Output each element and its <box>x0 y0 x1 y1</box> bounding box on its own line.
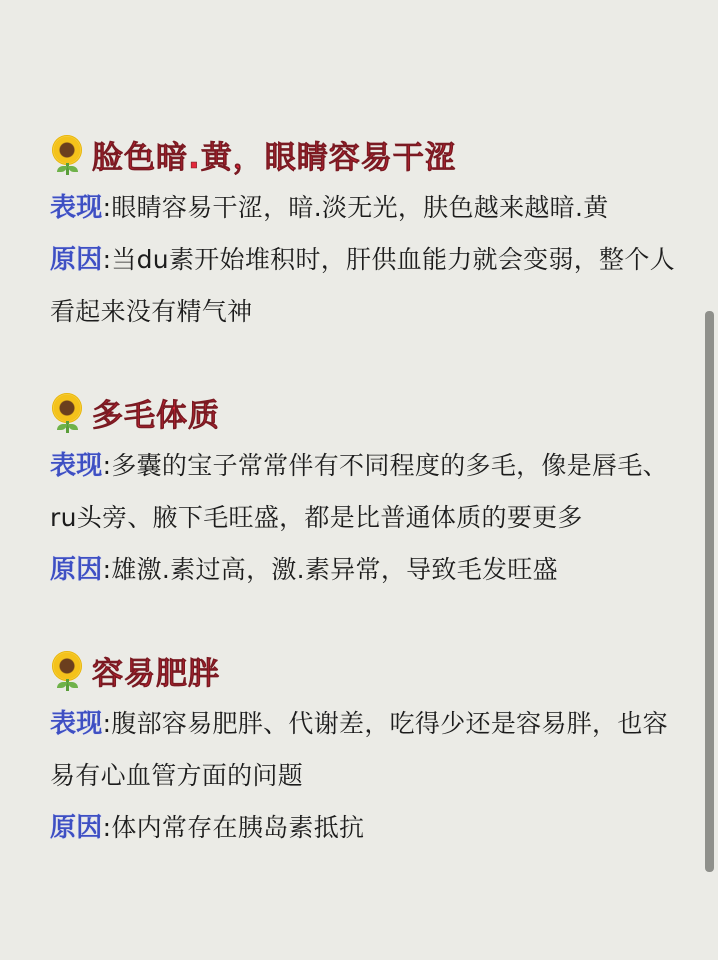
section-weight-gain: 容易肥胖 表现:腹部容易肥胖、代谢差，吃得少还是容易胖，也容易有心血管方面的问题… <box>50 644 675 854</box>
symptom-text: :多囊的宝子常常伴有不同程度的多毛，像是唇毛、ru头旁、腋下毛旺盛，都是比普通体… <box>50 451 668 532</box>
cause-paragraph: 原因:体内常存在胰岛素抵抗 <box>50 802 675 854</box>
symptom-text: :眼睛容易干涩，暗.淡无光，肤色越来越暗.黄 <box>103 193 609 222</box>
cause-text: :体内常存在胰岛素抵抗 <box>103 813 365 842</box>
symptom-paragraph: 表现:腹部容易肥胖、代谢差，吃得少还是容易胖，也容易有心血管方面的问题 <box>50 698 675 802</box>
symptom-text: :腹部容易肥胖、代谢差，吃得少还是容易胖，也容易有心血管方面的问题 <box>50 709 668 790</box>
sunflower-icon <box>50 649 84 691</box>
vertical-scrollbar[interactable] <box>705 311 714 872</box>
section-hirsutism: 多毛体质 表现:多囊的宝子常常伴有不同程度的多毛，像是唇毛、ru头旁、腋下毛旺盛… <box>50 386 675 596</box>
scrollbar-thumb[interactable] <box>705 311 714 872</box>
section-title: 容易肥胖 <box>50 644 675 696</box>
section-dull-complexion: 脸色暗.黄，眼睛容易干涩 表现:眼睛容易干涩，暗.淡无光，肤色越来越暗.黄 原因… <box>50 128 675 338</box>
cause-label: 原因 <box>50 245 103 275</box>
symptom-paragraph: 表现:多囊的宝子常常伴有不同程度的多毛，像是唇毛、ru头旁、腋下毛旺盛，都是比普… <box>50 440 675 544</box>
symptom-label: 表现 <box>50 709 103 739</box>
cause-paragraph: 原因:当du素开始堆积时，肝供血能力就会变弱，整个人看起来没有精气神 <box>50 234 675 338</box>
cause-label: 原因 <box>50 555 103 585</box>
section-heading: 多毛体质 <box>92 390 220 435</box>
section-title: 脸色暗.黄，眼睛容易干涩 <box>50 128 675 180</box>
cause-paragraph: 原因:雄激.素过高，激.素异常，导致毛发旺盛 <box>50 544 675 596</box>
section-title: 多毛体质 <box>50 386 675 438</box>
cause-text: :雄激.素过高，激.素异常，导致毛发旺盛 <box>103 555 558 584</box>
symptom-paragraph: 表现:眼睛容易干涩，暗.淡无光，肤色越来越暗.黄 <box>50 182 675 234</box>
symptom-label: 表现 <box>50 193 103 223</box>
cause-text: :当du素开始堆积时，肝供血能力就会变弱，整个人看起来没有精气神 <box>50 245 675 326</box>
section-heading: 容易肥胖 <box>92 648 220 693</box>
sunflower-icon <box>50 133 84 175</box>
sunflower-icon <box>50 391 84 433</box>
symptom-label: 表现 <box>50 451 103 481</box>
article-content: 脸色暗.黄，眼睛容易干涩 表现:眼睛容易干涩，暗.淡无光，肤色越来越暗.黄 原因… <box>50 128 675 902</box>
section-heading: 脸色暗.黄，眼睛容易干涩 <box>92 132 457 177</box>
cause-label: 原因 <box>50 813 103 843</box>
